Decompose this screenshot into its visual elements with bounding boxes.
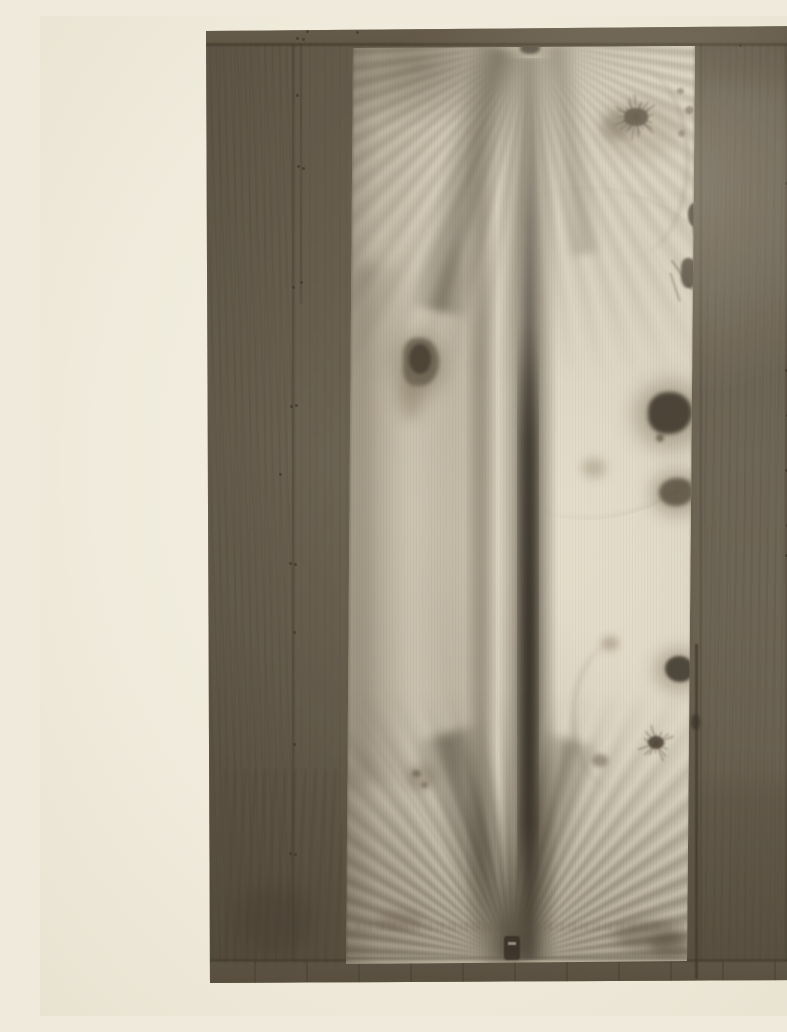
nail-head <box>294 563 297 566</box>
stain-filament <box>636 117 654 133</box>
fabric-weave-texture <box>344 38 698 964</box>
fabric-banner <box>344 38 698 964</box>
stain-filament <box>636 117 650 118</box>
nail-head <box>292 286 295 289</box>
left-blot <box>403 338 439 386</box>
bottom-left-smudge <box>376 910 424 930</box>
nail-head <box>290 405 293 408</box>
nail-head <box>279 473 282 476</box>
mid-blot <box>659 478 693 506</box>
center-crease-main-band <box>499 58 557 960</box>
fabric-bottom-edge-shadow <box>346 957 688 960</box>
left-blot-tail <box>398 376 424 420</box>
nail-head <box>306 30 309 33</box>
nail-head <box>295 404 298 407</box>
left-lower-smudge-mark <box>412 770 421 777</box>
stain-filament <box>651 724 657 743</box>
right-blot-drip <box>656 434 664 442</box>
stain-filament <box>649 743 656 755</box>
photograph-scan: Sepia photograph on cream paper: a tall … <box>40 16 787 1016</box>
nail-head <box>297 165 300 168</box>
stain-filament <box>628 99 636 118</box>
wood-plank-wall <box>204 24 787 984</box>
stain-filament <box>622 117 636 121</box>
stain-filament <box>656 743 664 761</box>
nail-head <box>300 281 303 284</box>
wood-crack <box>695 644 698 979</box>
stain-filament <box>656 735 674 743</box>
stain-filament <box>656 743 668 750</box>
stain-filament <box>656 743 666 744</box>
stain-filament <box>615 106 636 118</box>
stain-filament <box>636 114 653 118</box>
bottom-right-smudge2 <box>650 934 692 956</box>
left-lower-smudge-mark2 <box>421 782 428 788</box>
fabric-smoke-column <box>420 254 490 774</box>
small-blot-e <box>592 754 608 767</box>
thistle-stain-core <box>624 108 648 126</box>
right-blot <box>648 392 692 434</box>
stain-filament <box>656 733 657 743</box>
bottom-rail-board <box>204 961 787 984</box>
top-fold-shadow-main <box>410 41 529 318</box>
stain-filament <box>614 117 636 126</box>
right-plank-grain <box>704 24 787 984</box>
bottom-rail-seam <box>204 959 787 962</box>
speck-stain-c <box>678 130 685 137</box>
stain-filament <box>636 104 656 118</box>
photo-tone-overlay <box>204 24 787 984</box>
speck-stain-b <box>685 106 694 114</box>
faint-ring-stain <box>419 186 753 520</box>
stain-filament <box>656 733 669 743</box>
nail-head <box>294 853 297 856</box>
stain-filament <box>636 117 639 137</box>
stain-filament <box>656 731 663 743</box>
left-plank-shading <box>204 24 356 984</box>
bottom-right-smudge <box>614 920 682 952</box>
illegible-inscription <box>356 922 688 931</box>
nail-head <box>296 94 299 97</box>
nail-head <box>289 852 292 855</box>
bottom-pinch-fold-fan <box>332 666 692 958</box>
fabric-right-edge-line <box>688 44 696 961</box>
stain-filament <box>619 116 636 118</box>
nail-head <box>739 44 742 47</box>
nail-head <box>293 631 296 634</box>
stain-filament <box>645 731 656 744</box>
stain-filament <box>655 743 657 753</box>
center-crease-core <box>517 324 539 894</box>
mid-blot-halo <box>650 470 704 516</box>
thistle-stain-smudge <box>602 112 632 140</box>
nail-heads <box>204 24 787 984</box>
stain-filament <box>636 117 644 130</box>
stain-filament <box>636 111 649 118</box>
stain-filament <box>629 117 637 130</box>
bottom-left-dark-patch <box>236 884 316 954</box>
nail-head <box>302 167 305 170</box>
bottom-pinch-clip-highlight <box>508 942 516 945</box>
nail-head <box>293 743 296 746</box>
center-crease-soft-band <box>466 94 496 954</box>
edge-blot-upper <box>688 203 703 227</box>
starburst-stain <box>648 736 664 749</box>
stain-filament <box>636 117 653 129</box>
photo-sepia-tone <box>204 24 787 984</box>
bottom-fold-shadow-left <box>414 723 546 968</box>
photograph <box>204 24 787 984</box>
lower-blot-halo <box>654 648 704 692</box>
wood-crack-knot <box>691 714 700 730</box>
fabric-left-edge-smoke <box>354 264 414 784</box>
stain-filament <box>646 741 656 743</box>
plank-seam-left <box>292 24 294 984</box>
left-lower-smudge <box>406 764 436 790</box>
top-rail-board <box>204 24 787 44</box>
bottom-pinch-clip <box>504 936 520 960</box>
nail-head <box>289 562 292 565</box>
bottom-fold-shadow-right <box>483 732 600 968</box>
stain-filament <box>644 738 656 744</box>
stain-filament <box>626 117 636 132</box>
top-rail-seam <box>204 43 787 46</box>
right-blot-halo <box>634 380 706 450</box>
faint-blot-f <box>601 636 619 651</box>
nail-head <box>356 31 359 34</box>
top-pinch-fold-fan <box>350 42 710 432</box>
faint-blot-center <box>582 458 606 478</box>
stain-filament <box>636 104 641 118</box>
top-pinch-knot <box>520 42 540 54</box>
stain-filament <box>636 117 641 134</box>
bottom-left-grain-streaks <box>224 769 342 964</box>
stain-filament <box>634 95 636 118</box>
left-blot-halo <box>392 332 446 398</box>
lower-blot <box>665 656 693 682</box>
stain-filament <box>638 743 656 750</box>
photo-highlight-vignette <box>204 24 787 984</box>
stain-filament <box>656 743 666 756</box>
stain-filament <box>636 102 649 118</box>
left-plank-grain <box>206 24 292 984</box>
nail-head <box>296 37 299 40</box>
fabric-detail-layer <box>204 24 787 984</box>
stain-filament <box>644 743 656 755</box>
stain-filament <box>628 102 637 118</box>
edge-blot-upper-tail <box>693 223 701 235</box>
top-fold-shadow-right <box>536 43 605 257</box>
stain-filament <box>626 107 637 118</box>
thistle-stain-halo <box>600 94 682 160</box>
wood-grain-texture <box>204 24 787 984</box>
stain-filament <box>636 117 652 123</box>
photo-shadow-vignette <box>204 24 787 984</box>
speck-stain-a <box>677 88 684 94</box>
edge-blot-lower <box>681 258 698 288</box>
stain-filament <box>617 110 636 118</box>
arc-stain-bottom <box>572 642 665 792</box>
fabric-left-edge-line <box>345 46 354 961</box>
plank-seam-right-inner <box>700 24 702 984</box>
stain-filament <box>636 101 643 117</box>
arc-stain-top-right <box>576 66 689 256</box>
edge-blot-streak-a <box>671 260 693 291</box>
plank-seam-left-upper <box>300 24 302 304</box>
stain-filament <box>620 117 636 130</box>
stain-filament <box>631 117 636 140</box>
edge-blot-streak-b <box>669 272 680 301</box>
left-blot-core <box>409 344 431 374</box>
nail-head <box>302 38 305 41</box>
right-plank-highlight <box>700 84 787 784</box>
